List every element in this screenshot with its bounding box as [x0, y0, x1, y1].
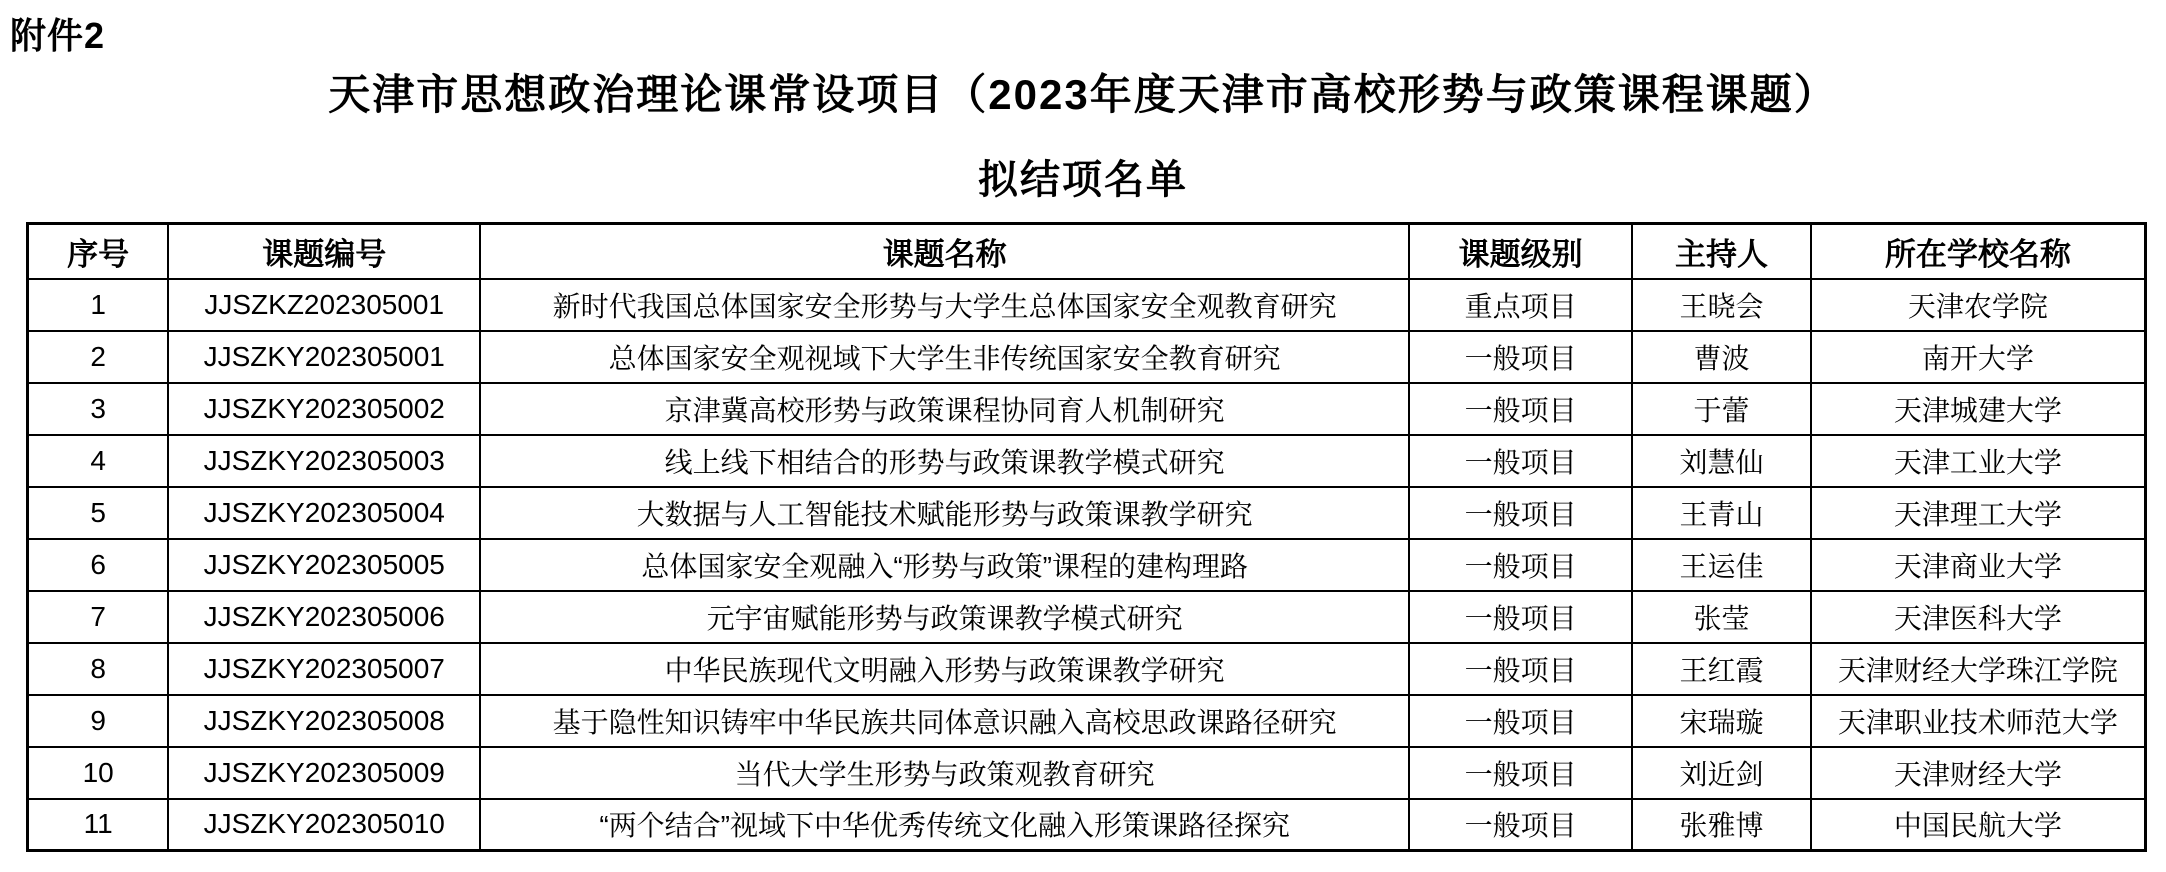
- column-header-school: 所在学校名称: [1811, 224, 2146, 279]
- cell-index: 2: [28, 331, 169, 383]
- table-row: 1JJSZKZ202305001新时代我国总体国家安全形势与大学生总体国家安全观…: [28, 279, 2146, 331]
- cell-index: 8: [28, 643, 169, 695]
- cell-project-code: JJSZKY202305008: [168, 695, 480, 747]
- cell-leader: 刘近剑: [1632, 747, 1811, 799]
- cell-school: 天津财经大学: [1811, 747, 2146, 799]
- table-body: 1JJSZKZ202305001新时代我国总体国家安全形势与大学生总体国家安全观…: [28, 279, 2146, 851]
- cell-leader: 曹波: [1632, 331, 1811, 383]
- cell-index: 10: [28, 747, 169, 799]
- cell-project-title: 中华民族现代文明融入形势与政策课教学研究: [480, 643, 1409, 695]
- cell-leader: 刘慧仙: [1632, 435, 1811, 487]
- cell-school: 中国民航大学: [1811, 799, 2146, 851]
- page-title: 天津市思想政治理论课常设项目（2023年度天津市高校形势与政策课程课题）: [0, 62, 2166, 122]
- cell-project-code: JJSZKY202305004: [168, 487, 480, 539]
- column-header-title: 课题名称: [480, 224, 1409, 279]
- cell-project-title: 总体国家安全观视域下大学生非传统国家安全教育研究: [480, 331, 1409, 383]
- cell-project-title: 当代大学生形势与政策观教育研究: [480, 747, 1409, 799]
- cell-index: 5: [28, 487, 169, 539]
- cell-leader: 王晓会: [1632, 279, 1811, 331]
- cell-school: 南开大学: [1811, 331, 2146, 383]
- cell-leader: 宋瑞璇: [1632, 695, 1811, 747]
- cell-index: 6: [28, 539, 169, 591]
- table-row: 5JJSZKY202305004大数据与人工智能技术赋能形势与政策课教学研究一般…: [28, 487, 2146, 539]
- column-header-code: 课题编号: [168, 224, 480, 279]
- cell-school: 天津工业大学: [1811, 435, 2146, 487]
- cell-project-level: 一般项目: [1409, 643, 1632, 695]
- cell-project-title: 基于隐性知识铸牢中华民族共同体意识融入高校思政课路径研究: [480, 695, 1409, 747]
- cell-index: 11: [28, 799, 169, 851]
- cell-project-title: 大数据与人工智能技术赋能形势与政策课教学研究: [480, 487, 1409, 539]
- table-row: 3JJSZKY202305002京津冀高校形势与政策课程协同育人机制研究一般项目…: [28, 383, 2146, 435]
- cell-project-code: JJSZKY202305007: [168, 643, 480, 695]
- cell-project-title: 总体国家安全观融入“形势与政策”课程的建构理路: [480, 539, 1409, 591]
- cell-school: 天津农学院: [1811, 279, 2146, 331]
- cell-project-code: JJSZKY202305003: [168, 435, 480, 487]
- cell-school: 天津医科大学: [1811, 591, 2146, 643]
- cell-leader: 张雅博: [1632, 799, 1811, 851]
- table-row: 10JJSZKY202305009当代大学生形势与政策观教育研究一般项目刘近剑天…: [28, 747, 2146, 799]
- document-page: 附件2 天津市思想政治理论课常设项目（2023年度天津市高校形势与政策课程课题）…: [0, 0, 2166, 872]
- cell-project-code: JJSZKY202305005: [168, 539, 480, 591]
- table-header-row: 序号 课题编号 课题名称 课题级别 主持人 所在学校名称: [28, 224, 2146, 279]
- table-row: 7JJSZKY202305006元宇宙赋能形势与政策课教学模式研究一般项目张莹天…: [28, 591, 2146, 643]
- cell-project-code: JJSZKY202305009: [168, 747, 480, 799]
- cell-index: 3: [28, 383, 169, 435]
- table-row: 2JJSZKY202305001总体国家安全观视域下大学生非传统国家安全教育研究…: [28, 331, 2146, 383]
- cell-index: 7: [28, 591, 169, 643]
- cell-project-title: 京津冀高校形势与政策课程协同育人机制研究: [480, 383, 1409, 435]
- cell-school: 天津职业技术师范大学: [1811, 695, 2146, 747]
- cell-project-code: JJSZKY202305001: [168, 331, 480, 383]
- cell-school: 天津财经大学珠江学院: [1811, 643, 2146, 695]
- table-row: 8JJSZKY202305007中华民族现代文明融入形势与政策课教学研究一般项目…: [28, 643, 2146, 695]
- cell-project-code: JJSZKZ202305001: [168, 279, 480, 331]
- cell-project-level: 一般项目: [1409, 331, 1632, 383]
- cell-leader: 张莹: [1632, 591, 1811, 643]
- table-row: 6JJSZKY202305005总体国家安全观融入“形势与政策”课程的建构理路一…: [28, 539, 2146, 591]
- cell-leader: 于蕾: [1632, 383, 1811, 435]
- column-header-leader: 主持人: [1632, 224, 1811, 279]
- cell-project-code: JJSZKY202305006: [168, 591, 480, 643]
- table-row: 4JJSZKY202305003线上线下相结合的形势与政策课教学模式研究一般项目…: [28, 435, 2146, 487]
- cell-school: 天津城建大学: [1811, 383, 2146, 435]
- cell-project-title: “两个结合”视域下中华优秀传统文化融入形策课路径探究: [480, 799, 1409, 851]
- cell-leader: 王青山: [1632, 487, 1811, 539]
- cell-index: 4: [28, 435, 169, 487]
- table-row: 11JJSZKY202305010“两个结合”视域下中华优秀传统文化融入形策课路…: [28, 799, 2146, 851]
- cell-school: 天津商业大学: [1811, 539, 2146, 591]
- table-row: 9JJSZKY202305008基于隐性知识铸牢中华民族共同体意识融入高校思政课…: [28, 695, 2146, 747]
- cell-project-level: 重点项目: [1409, 279, 1632, 331]
- attachment-label: 附件2: [10, 8, 105, 59]
- cell-project-code: JJSZKY202305010: [168, 799, 480, 851]
- cell-project-level: 一般项目: [1409, 383, 1632, 435]
- cell-project-level: 一般项目: [1409, 591, 1632, 643]
- cell-project-title: 元宇宙赋能形势与政策课教学模式研究: [480, 591, 1409, 643]
- column-header-level: 课题级别: [1409, 224, 1632, 279]
- cell-index: 1: [28, 279, 169, 331]
- cell-project-level: 一般项目: [1409, 435, 1632, 487]
- column-header-index: 序号: [28, 224, 169, 279]
- cell-project-level: 一般项目: [1409, 695, 1632, 747]
- cell-index: 9: [28, 695, 169, 747]
- cell-leader: 王运佳: [1632, 539, 1811, 591]
- cell-project-title: 线上线下相结合的形势与政策课教学模式研究: [480, 435, 1409, 487]
- cell-school: 天津理工大学: [1811, 487, 2146, 539]
- cell-project-level: 一般项目: [1409, 487, 1632, 539]
- cell-leader: 王红霞: [1632, 643, 1811, 695]
- cell-project-title: 新时代我国总体国家安全形势与大学生总体国家安全观教育研究: [480, 279, 1409, 331]
- projects-table: 序号 课题编号 课题名称 课题级别 主持人 所在学校名称 1JJSZKZ2023…: [26, 222, 2147, 852]
- cell-project-level: 一般项目: [1409, 539, 1632, 591]
- page-subtitle: 拟结项名单: [0, 148, 2166, 205]
- cell-project-level: 一般项目: [1409, 747, 1632, 799]
- cell-project-level: 一般项目: [1409, 799, 1632, 851]
- cell-project-code: JJSZKY202305002: [168, 383, 480, 435]
